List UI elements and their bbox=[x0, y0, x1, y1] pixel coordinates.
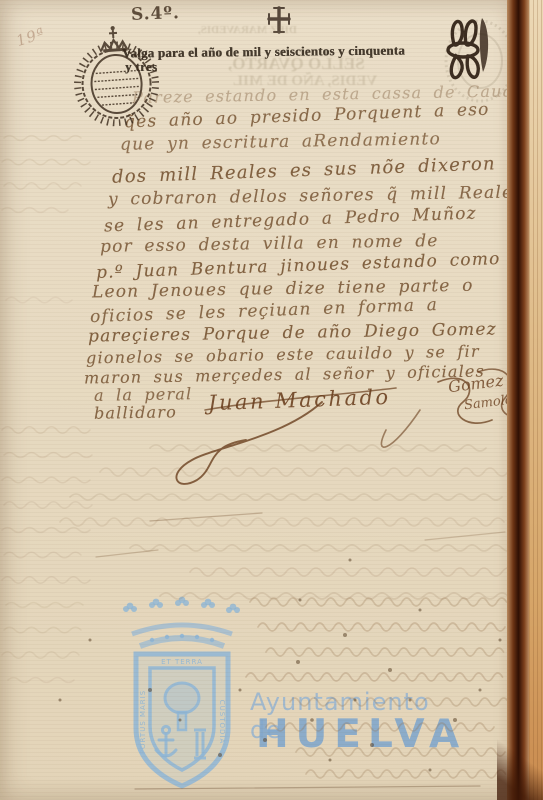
bleedthrough-stroke bbox=[190, 568, 514, 576]
bleedthrough-stroke bbox=[96, 550, 158, 557]
bleedthrough-stroke bbox=[6, 603, 83, 608]
bleedthrough-stroke bbox=[266, 723, 494, 731]
bleedthrough-stroke bbox=[150, 445, 486, 451]
bleedthrough-stroke bbox=[4, 183, 81, 189]
bleedthrough-stroke bbox=[2, 159, 90, 165]
paper-speck bbox=[453, 718, 457, 722]
paper-speck bbox=[310, 718, 314, 722]
paper-speck bbox=[479, 689, 482, 692]
bleedthrough-stroke bbox=[70, 494, 502, 500]
bleedthrough-stroke bbox=[135, 786, 480, 789]
manuscript-scan: 19ª S.4º. Valga bbox=[0, 0, 543, 800]
bleedthrough-stroke bbox=[425, 532, 505, 540]
page-edge-strip bbox=[529, 0, 543, 800]
paper-speck bbox=[239, 689, 242, 692]
bleedthrough-stroke bbox=[2, 652, 79, 658]
paper-speck bbox=[354, 699, 357, 702]
paper-speck bbox=[388, 668, 392, 672]
corner-shadow bbox=[497, 730, 543, 800]
bleedthrough-stroke bbox=[100, 468, 508, 476]
bleedthrough-stroke bbox=[2, 577, 90, 583]
bleedthrough-stroke bbox=[2, 427, 90, 433]
paper-speck bbox=[409, 699, 412, 702]
bleedthrough-stroke bbox=[176, 402, 322, 484]
paper-speck bbox=[370, 743, 374, 747]
bleedthrough-stroke bbox=[205, 388, 396, 410]
binding-gutter bbox=[507, 0, 529, 800]
bleedthrough-stroke bbox=[258, 623, 505, 631]
bleedthrough-stroke bbox=[4, 453, 92, 458]
bleedthrough-stroke bbox=[266, 648, 504, 656]
paper-speck bbox=[499, 639, 502, 642]
bleedthrough-stroke bbox=[2, 528, 90, 533]
bleedthrough-stroke bbox=[4, 552, 81, 558]
bleedthrough-stroke bbox=[296, 748, 505, 756]
paper-speck bbox=[419, 609, 422, 612]
paper-speck bbox=[179, 719, 182, 722]
bleedthrough-stroke bbox=[8, 678, 74, 683]
bleedthrough-stroke bbox=[60, 518, 504, 526]
paper-speck bbox=[429, 769, 432, 772]
bleedthrough-stroke bbox=[438, 378, 492, 423]
bleedthrough-stroke bbox=[6, 297, 72, 303]
bleedthrough-stroke bbox=[2, 477, 90, 483]
paper-speck bbox=[329, 759, 332, 762]
bleedthrough-stroke bbox=[4, 136, 81, 141]
ink-squiggles-layer bbox=[0, 0, 543, 800]
paper-speck bbox=[218, 753, 222, 757]
paper-speck bbox=[296, 660, 300, 664]
paper-speck bbox=[263, 738, 267, 742]
bleedthrough-stroke bbox=[130, 545, 514, 551]
paper-speck bbox=[148, 688, 152, 692]
paper-speck bbox=[343, 633, 347, 637]
paper-speck bbox=[349, 559, 352, 562]
bleedthrough-stroke bbox=[4, 502, 92, 508]
bleedthrough-stroke bbox=[4, 627, 81, 633]
paper-speck bbox=[59, 699, 62, 702]
bleedthrough-stroke bbox=[290, 698, 509, 706]
paper-speck bbox=[299, 599, 302, 602]
paper-speck bbox=[89, 639, 92, 642]
bleedthrough-stroke bbox=[2, 208, 68, 213]
bleedthrough-stroke bbox=[246, 673, 503, 681]
bleedthrough-stroke bbox=[306, 770, 506, 778]
bleedthrough-stroke bbox=[381, 410, 420, 447]
